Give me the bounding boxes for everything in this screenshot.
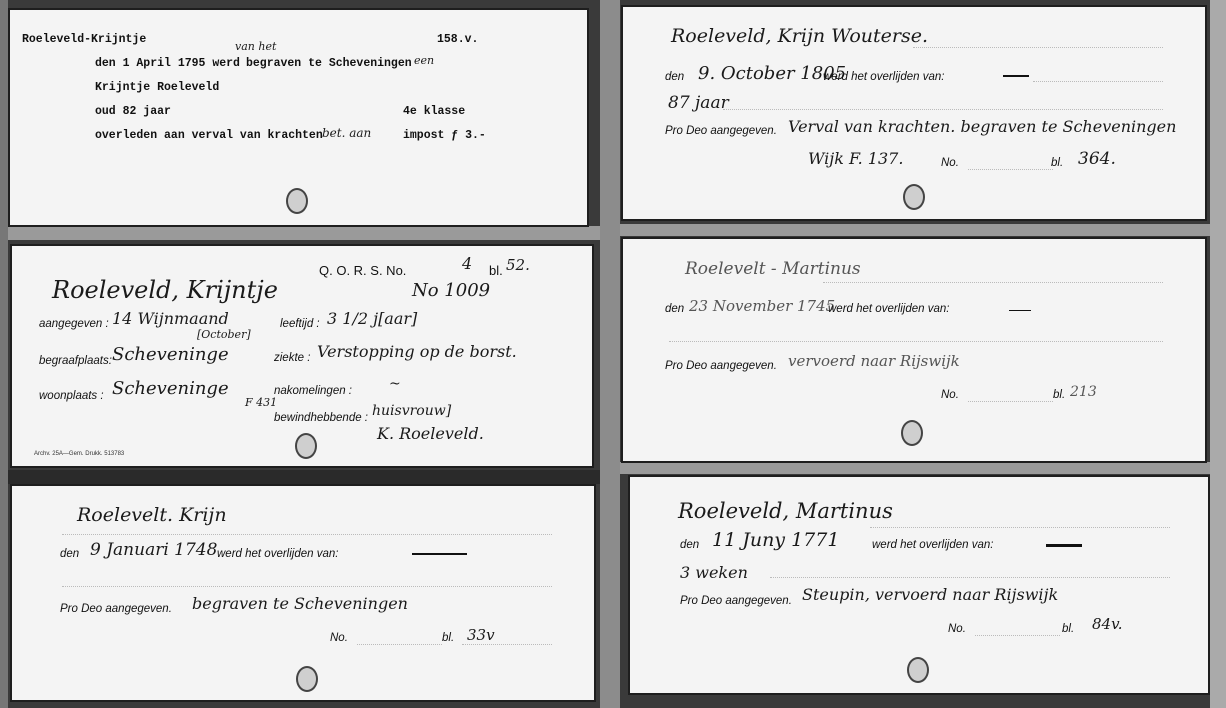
field-line <box>357 644 442 645</box>
deceased-name: Roeleveld, Krijntje <box>52 276 278 304</box>
den-label: den <box>665 71 684 83</box>
prodeo-label: Pro Deo aangegeven. <box>665 360 777 372</box>
remark: begraven te Scheveningen <box>192 594 408 613</box>
record-card-roeleveld-krijntje-typed: Roeleveld-Krijntje 158.v. den 1 April 17… <box>10 10 587 225</box>
death-date: 23 November 1745 <box>689 297 835 315</box>
punch-hole <box>903 184 925 210</box>
dash-mark <box>1003 75 1029 77</box>
field-line <box>62 586 552 587</box>
page-number: 52. <box>506 256 530 274</box>
remark: Steupin, vervoerd naar Rijswijk <box>802 585 1058 604</box>
bewindhebbende-name: K. Roeleveld. <box>377 424 484 443</box>
begraafplaats-label: begraafplaats: <box>39 355 112 367</box>
dash-mark <box>1009 310 1031 311</box>
nakomelingen-value: ~ <box>389 376 401 392</box>
handwritten-insert: van het <box>235 40 276 53</box>
aangegeven-label: aangegeven : <box>39 318 109 330</box>
page-number: 84v. <box>1092 615 1123 633</box>
deceased-name: Roelevelt - Martinus <box>685 259 861 279</box>
leeftijd-value: 3 1/2 j[aar] <box>327 309 417 328</box>
register-number: No 1009 <box>412 280 490 301</box>
leeftijd-label: leeftijd : <box>280 318 320 330</box>
field-line <box>770 577 1170 578</box>
field-line <box>723 109 1163 110</box>
prodeo-label: Pro Deo aangegeven. <box>60 603 172 615</box>
field-line <box>823 282 1163 283</box>
dash-mark <box>1046 544 1082 547</box>
burial-place: begraven te Scheveningen <box>246 57 412 70</box>
deceased-name: Roeleveld, Martinus <box>678 499 893 523</box>
punch-hole <box>901 420 923 446</box>
punch-hole <box>296 666 318 692</box>
field-line <box>462 644 552 645</box>
cause-of-death: overleden aan verval van krachten <box>95 129 323 142</box>
age: 3 weken <box>680 563 748 582</box>
punch-hole <box>907 657 929 683</box>
deceased-name: Roelevelt. Krijn <box>77 504 227 526</box>
record-card-roelevelt-martinus-1745: Roelevelt - Martinus den 23 November 174… <box>623 239 1205 461</box>
aangegeven-value: 14 Wijnmaand <box>112 309 229 328</box>
frame-strip <box>600 0 620 708</box>
age: 87 jaar <box>668 93 729 113</box>
woonplaats-note: F 431 <box>245 396 277 409</box>
qors-number: 4 <box>462 254 472 273</box>
field-line <box>968 169 1053 170</box>
remark-wijk: Wijk F. 137. <box>808 149 903 168</box>
record-card-roeleveld-krijntje-qors: Q. O. R. S. No. 4 bl. 52. Roeleveld, Kri… <box>12 246 592 466</box>
remark: Verval van krachten. begraven te Scheven… <box>788 117 1176 136</box>
ziekte-value: Verstopping op de borst. <box>317 342 517 361</box>
printer-footer: Archv. 25A—Gem. Drukk. 513783 <box>34 451 124 457</box>
bl-label: bl. <box>1062 623 1074 635</box>
remark: vervoerd naar Rijswijk <box>788 352 960 370</box>
frame-strip <box>620 462 1226 474</box>
punch-hole <box>295 433 317 459</box>
werd-label: werd het overlijden van: <box>217 548 338 560</box>
handwritten-note: een <box>414 54 434 67</box>
death-date: 9 Januari 1748 <box>90 540 217 560</box>
no-label: No. <box>330 632 348 644</box>
bewindhebbende-label: bewindhebbende : <box>274 412 368 424</box>
card-heading: Roeleveld-Krijntje <box>22 33 146 46</box>
werd-label: werd het overlijden van: <box>823 71 944 83</box>
record-card-roeleveld-martinus-1771: Roeleveld, Martinus den 11 Juny 1771 wer… <box>630 477 1208 693</box>
record-card-roelevelt-krijn: Roelevelt. Krijn den 9 Januari 1748 werd… <box>12 486 594 700</box>
field-line <box>975 635 1060 636</box>
begraafplaats-value: Scheveninge <box>112 344 229 365</box>
age: oud 82 jaar <box>95 105 171 118</box>
aangegeven-note: [October] <box>197 328 251 341</box>
den-label: den <box>60 548 79 560</box>
handwritten-payment: bet. aan <box>322 126 371 140</box>
no-label: No. <box>941 389 959 401</box>
bl-label: bl. <box>442 632 454 644</box>
burial-class: 4e klasse <box>403 105 465 118</box>
field-line <box>870 527 1170 528</box>
frame-strip <box>620 224 1226 236</box>
frame-strip <box>0 0 8 708</box>
deceased-name: Krijntje Roeleveld <box>95 81 219 94</box>
werd-label: werd het overlijden van: <box>828 303 949 315</box>
tax-amount: impost ƒ 3.- <box>403 129 486 142</box>
no-label: No. <box>941 157 959 169</box>
punch-hole <box>286 188 308 214</box>
field-line <box>968 401 1053 402</box>
nakomelingen-label: nakomelingen : <box>274 385 352 397</box>
woonplaats-label: woonplaats : <box>39 390 104 402</box>
woonplaats-value: Scheveninge <box>112 378 229 399</box>
prodeo-label: Pro Deo aangegeven. <box>665 125 777 137</box>
werd-label: werd het overlijden van: <box>872 539 993 551</box>
frame-strip <box>1210 0 1226 708</box>
page-number: 33v <box>467 626 495 644</box>
no-label: No. <box>948 623 966 635</box>
bewindhebbende-value: huisvrouw] <box>372 403 451 419</box>
qors-label: Q. O. R. S. No. <box>319 263 406 278</box>
field-line <box>913 47 1163 48</box>
prodeo-label: Pro Deo aangegeven. <box>680 595 792 607</box>
den-label: den <box>665 303 684 315</box>
page-number: 364. <box>1078 149 1116 169</box>
death-date: 11 Juny 1771 <box>712 529 839 551</box>
bl-label: bl. <box>1051 157 1063 169</box>
dash-mark <box>412 553 467 555</box>
burial-date-line: den 1 April 1795 werd <box>95 57 240 70</box>
bl-label: bl. <box>1053 389 1065 401</box>
page-number: 213 <box>1070 384 1097 400</box>
field-line <box>669 341 1163 342</box>
field-line <box>62 534 552 535</box>
card-reference: 158.v. <box>437 33 478 46</box>
record-card-roeleveld-krijn-wouterse: Roeleveld, Krijn Wouterse. den 9. Octobe… <box>623 7 1205 219</box>
den-label: den <box>680 539 699 551</box>
bl-label: bl. <box>489 263 503 278</box>
deceased-name: Roeleveld, Krijn Wouterse. <box>671 25 928 47</box>
ziekte-label: ziekte : <box>274 352 310 364</box>
frame-strip <box>0 226 600 240</box>
field-line <box>1033 81 1163 82</box>
frame-strip <box>0 470 600 484</box>
